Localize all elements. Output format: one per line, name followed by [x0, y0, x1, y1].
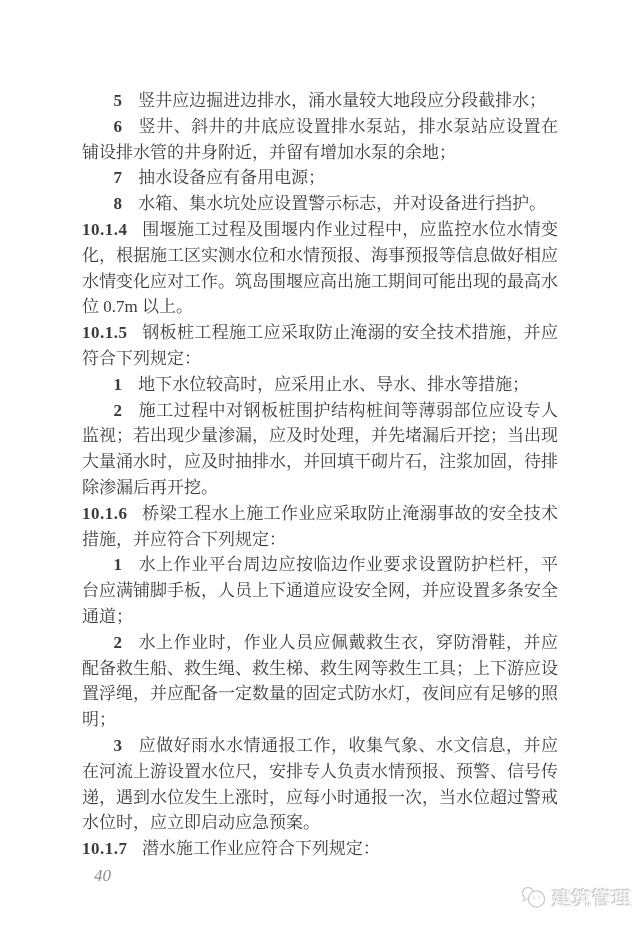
- clause-paragraph: 2水上作业时，作业人员应佩戴救生衣，穿防滑鞋，并应配备救生船、救生绳、救生梯、救…: [82, 630, 558, 733]
- clause-paragraph: 2施工过程中对钢板桩围护结构桩间等薄弱部位应设专人监视；若出现少量渗漏，应及时处…: [82, 398, 558, 501]
- clause-text: 施工过程中对钢板桩围护结构桩间等薄弱部位应设专人监视；若出现少量渗漏，应及时处理…: [82, 401, 558, 497]
- clause-text: 水上作业平台周边应按临边作业要求设置防护栏杆，平台应满铺脚手板，人员上下通道应设…: [82, 555, 558, 626]
- section-paragraph: 10.1.6桥梁工程水上施工作业应采取防止淹溺事故的安全技术措施，并应符合下列规…: [82, 501, 558, 553]
- clause-paragraph: 7抽水设备应有备用电源；: [82, 165, 558, 191]
- clause-text: 钢板桩工程施工应采取防止淹溺的安全技术措施，并应符合下列规定：: [82, 323, 558, 368]
- clause-text: 竖井应边掘进边排水，涌水量较大地段应分段截排水；: [138, 91, 546, 110]
- clause-text: 竖井、斜井的井底应设置排水泵站，排水泵站应设置在铺设排水管的井身附近，并留有增加…: [82, 117, 558, 162]
- clause-text: 潜水施工作业应符合下列规定：: [142, 839, 380, 858]
- clause-paragraph: 1水上作业平台周边应按临边作业要求设置防护栏杆，平台应满铺脚手板，人员上下通道应…: [82, 552, 558, 629]
- clause-paragraph: 6竖井、斜井的井底应设置排水泵站，排水泵站应设置在铺设排水管的井身附近，并留有增…: [82, 114, 558, 166]
- clause-number: 10.1.4: [82, 220, 128, 239]
- clause-paragraph: 3应做好雨水水情通报工作，收集气象、水文信息，并应在河流上游设置水位尺，安排专人…: [82, 733, 558, 836]
- page-number: 40: [94, 866, 111, 886]
- clause-text: 围堰施工过程及围堰内作业过程中，应监控水位水情变化，根据施工区实测水位和水情预报…: [82, 220, 558, 316]
- clause-text: 应做好雨水水情通报工作，收集气象、水文信息，并应在河流上游设置水位尺，安排专人负…: [82, 736, 558, 832]
- clause-number: 1: [113, 555, 122, 574]
- clause-number: 6: [113, 117, 122, 136]
- clause-text: 水箱、集水坑处应设置警示标志，并对设备进行挡护。: [138, 194, 546, 213]
- clause-text: 地下水位较高时，应采用止水、导水、排水等措施；: [138, 375, 529, 394]
- document-body: 5竖井应边掘进边排水，涌水量较大地段应分段截排水；6竖井、斜井的井底应设置排水泵…: [82, 88, 558, 862]
- clause-number: 8: [113, 194, 122, 213]
- clause-number: 10.1.6: [82, 504, 128, 523]
- clause-paragraph: 5竖井应边掘进边排水，涌水量较大地段应分段截排水；: [82, 88, 558, 114]
- clause-number: 10.1.5: [82, 323, 128, 342]
- section-paragraph: 10.1.7潜水施工作业应符合下列规定：: [82, 836, 558, 862]
- clause-paragraph: 1地下水位较高时，应采用止水、导水、排水等措施；: [82, 372, 558, 398]
- section-paragraph: 10.1.4围堰施工过程及围堰内作业过程中，应监控水位水情变化，根据施工区实测水…: [82, 217, 558, 320]
- chat-bubbles-logo-icon: [519, 885, 549, 911]
- watermark-label: 建筑管理: [552, 884, 632, 911]
- watermark: 建筑管理: [519, 884, 632, 911]
- clause-number: 5: [113, 91, 122, 110]
- clause-number: 7: [113, 168, 122, 187]
- clause-paragraph: 8水箱、集水坑处应设置警示标志，并对设备进行挡护。: [82, 191, 558, 217]
- clause-number: 2: [113, 401, 122, 420]
- clause-text: 水上作业时，作业人员应佩戴救生衣，穿防滑鞋，并应配备救生船、救生绳、救生梯、救生…: [82, 633, 558, 729]
- clause-text: 抽水设备应有备用电源；: [138, 168, 325, 187]
- clause-number: 3: [113, 736, 122, 755]
- clause-text: 桥梁工程水上施工作业应采取防止淹溺事故的安全技术措施，并应符合下列规定：: [82, 504, 558, 549]
- clause-number: 10.1.7: [82, 839, 128, 858]
- clause-number: 1: [113, 375, 122, 394]
- section-paragraph: 10.1.5钢板桩工程施工应采取防止淹溺的安全技术措施，并应符合下列规定：: [82, 320, 558, 372]
- clause-number: 2: [113, 633, 122, 652]
